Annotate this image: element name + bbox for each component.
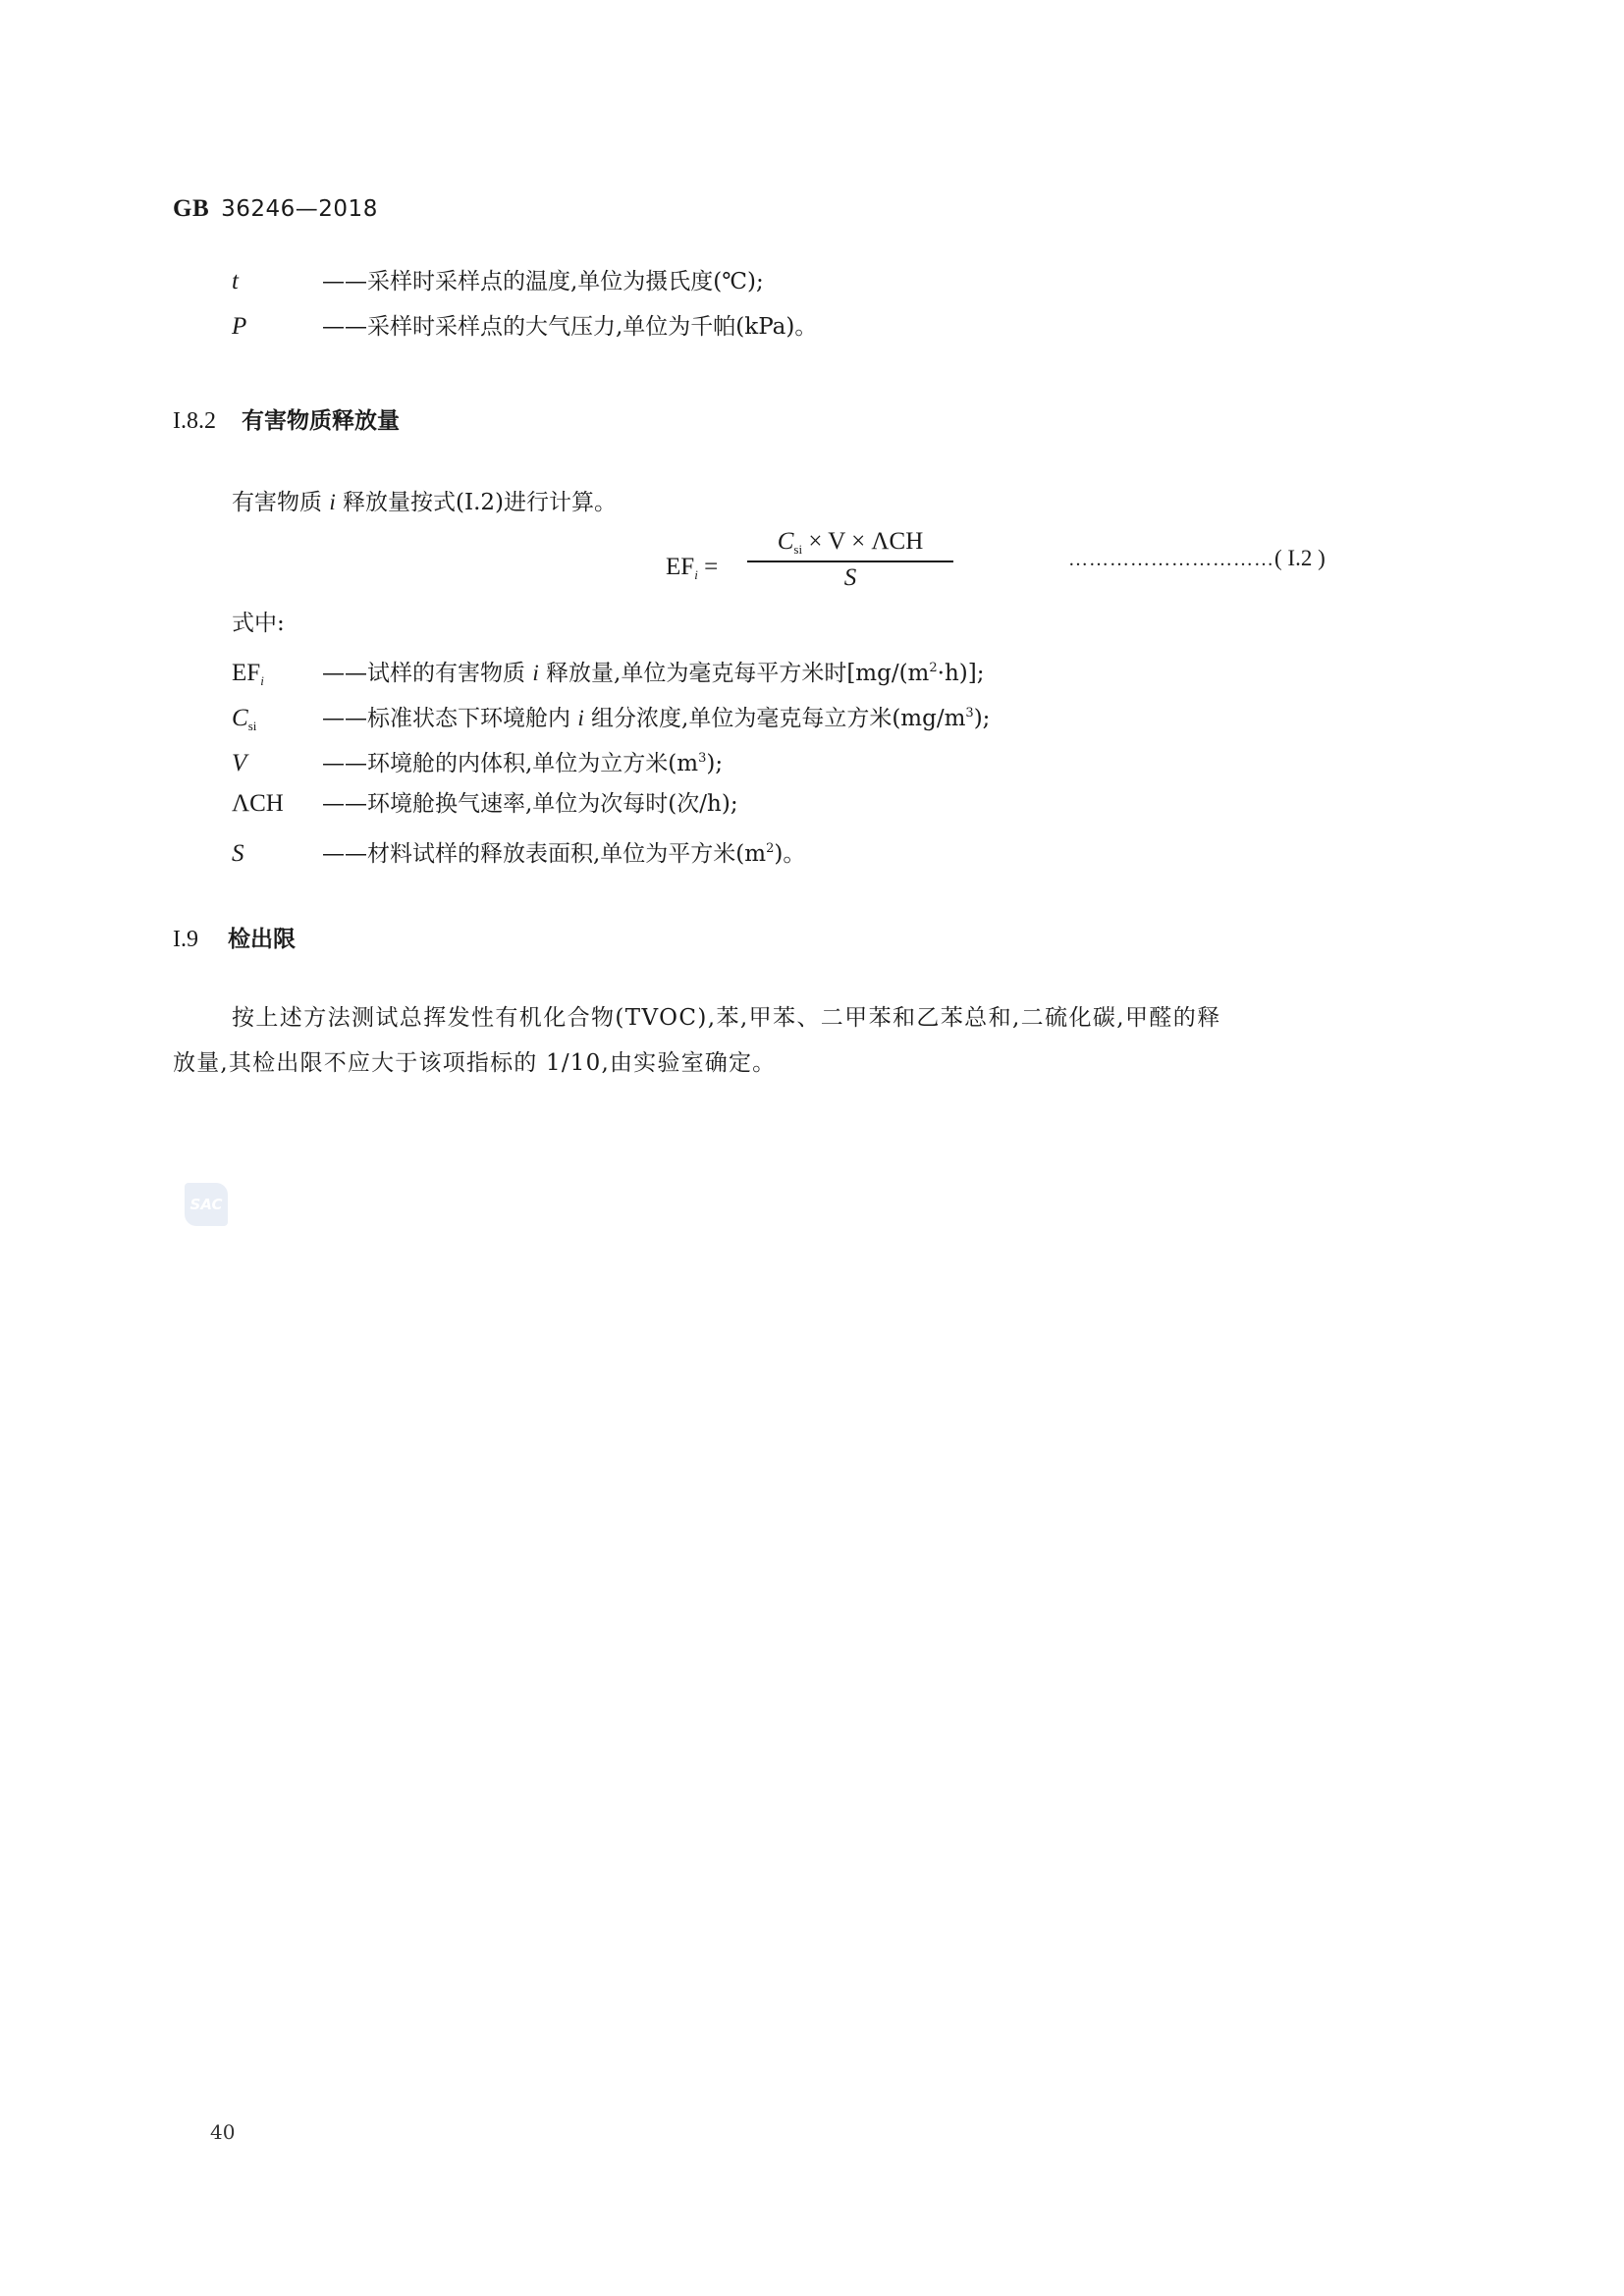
- section-heading-i9: I.9检出限: [173, 921, 296, 953]
- paragraph-line-1: 按上述方法测试总挥发性有机化合物(TVOC),苯,甲苯、二甲苯和乙苯总和,二硫化…: [232, 1003, 1221, 1033]
- section-title: 有害物质释放量: [242, 408, 400, 434]
- standard-prefix: GB: [173, 195, 209, 222]
- eq-label: ( I.2 ): [1274, 546, 1326, 570]
- intro-text: 释放量按式(I.2)进行计算。: [343, 490, 617, 515]
- section-number: I.9: [173, 927, 198, 952]
- intro-text: 有害物质: [232, 490, 322, 515]
- definition-text: ——采样时采样点的大气压力,单位为千帕(kPa)。: [322, 314, 817, 340]
- var-i: i: [329, 490, 335, 514]
- definition-v: V——环境舱的内体积,单位为立方米(m3);: [232, 744, 723, 778]
- section-title: 检出限: [228, 927, 296, 952]
- leader-dots: …………………………: [1068, 549, 1274, 570]
- definition-s: S——材料试样的释放表面积,单位为平方米(m2)。: [232, 834, 805, 869]
- formula-lhs: EFi =: [666, 554, 718, 583]
- definition-ach: ΛCH——环境舱换气速率,单位为次每时(次/h);: [232, 789, 738, 819]
- formula-intro: 有害物质 i 释放量按式(I.2)进行计算。: [232, 488, 617, 517]
- standard-code: GB36246—2018: [173, 194, 378, 223]
- where-label: 式中:: [232, 609, 285, 638]
- standard-number: 36246—2018: [221, 196, 378, 222]
- symbol-t: t: [232, 268, 239, 294]
- formula-numerator: Csi × V × ΛCH: [747, 528, 953, 562]
- paragraph-line-2: 放量,其检出限不应大于该项指标的 1/10,由实验室确定。: [173, 1048, 776, 1078]
- section-heading-i82: I.8.2有害物质释放量: [173, 402, 400, 435]
- sac-logo-watermark: SAC: [185, 1183, 228, 1226]
- page-number: 40: [210, 2120, 235, 2144]
- definition-efi: EFi——试样的有害物质 i 释放量,单位为毫克每平方米时[mg/(m2·h)]…: [232, 654, 984, 696]
- formula-fraction: Csi × V × ΛCH S: [747, 528, 953, 592]
- formula-denominator: S: [747, 562, 953, 592]
- symbol-p: P: [232, 313, 246, 340]
- definition-p: P——采样时采样点的大气压力,单位为千帕(kPa)。: [232, 312, 817, 342]
- definition-t: t——采样时采样点的温度,单位为摄氏度(℃);: [232, 267, 764, 296]
- section-number: I.8.2: [173, 408, 216, 434]
- definition-csi: Csi——标准状态下环境舱内 i 组分浓度,单位为毫克每立方米(mg/m3);: [232, 699, 990, 741]
- definition-text: ——采样时采样点的温度,单位为摄氏度(℃);: [322, 269, 764, 294]
- equation-number: …………………………( I.2 ): [1068, 546, 1326, 571]
